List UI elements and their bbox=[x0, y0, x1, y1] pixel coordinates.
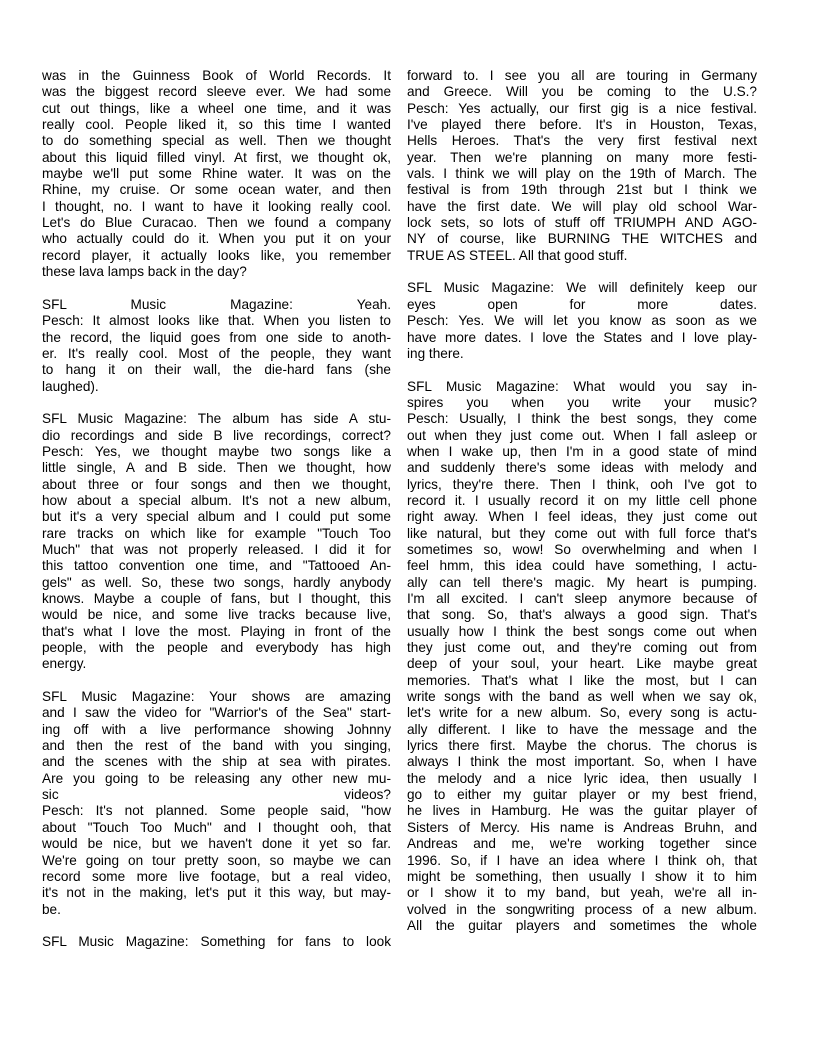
text-line: ing off with a live performance showing … bbox=[42, 722, 391, 738]
text-line: Sisters of Mercy. His name is Andreas Br… bbox=[407, 820, 757, 836]
text-line: the record, the liquid goes from one sid… bbox=[42, 330, 391, 346]
text-line: laughed). bbox=[42, 379, 391, 395]
text-line: ally can tell there's magic. My heart is… bbox=[407, 575, 757, 591]
text-line: out when they just come out. When I fall… bbox=[407, 428, 757, 444]
text-line: about "Touch Too Much" and I thought ooh… bbox=[42, 820, 391, 836]
text-line: year. Then we're planning on many more f… bbox=[407, 150, 757, 166]
text-line: record player, it actually looks like, y… bbox=[42, 248, 391, 264]
text-line: eyes open for more dates. bbox=[407, 297, 757, 313]
paragraph: was in the Guinness Book of World Record… bbox=[42, 68, 391, 280]
text-line: that's what I love the most. Playing in … bbox=[42, 624, 391, 640]
text-line: forward to. I see you all are touring in… bbox=[407, 68, 757, 84]
text-line: dio recordings and side B live recording… bbox=[42, 428, 391, 444]
text-line: to do something special as well. Then we… bbox=[42, 133, 391, 149]
text-line: energy. bbox=[42, 656, 391, 672]
text-line: little single, A and B side. Then we tho… bbox=[42, 460, 391, 476]
text-line: have more dates. I love the States and I… bbox=[407, 330, 757, 346]
text-line: I thought, no. I want to have it looking… bbox=[42, 199, 391, 215]
text-line: like natural, but they come out with ful… bbox=[407, 526, 757, 542]
text-line: it's not in the making, let's put it thi… bbox=[42, 885, 391, 901]
text-line: er. It's really cool. Most of the people… bbox=[42, 346, 391, 362]
text-line: lyrics there first. Maybe the chorus. Th… bbox=[407, 738, 757, 754]
text-line: go to either my guitar player or my best… bbox=[407, 787, 757, 803]
text-line: TRUE AS STEEL. All that good stuff. bbox=[407, 248, 757, 264]
text-line: Pesch: It's not planned. Some people sai… bbox=[42, 803, 391, 819]
text-line: knows. Maybe a couple of fans, but I tho… bbox=[42, 591, 391, 607]
paragraph: SFL Music Magazine: Something for fans t… bbox=[42, 934, 391, 950]
text-line: cut out things, like a wheel one time, a… bbox=[42, 101, 391, 117]
text-line: these lava lamps back in the day? bbox=[42, 264, 391, 280]
text-line: I've played there before. It's in Housto… bbox=[407, 117, 757, 133]
text-line: would be nice, but we haven't done it ye… bbox=[42, 836, 391, 852]
text-line: was the biggest record sleeve ever. We h… bbox=[42, 84, 391, 100]
text-line: but it's a very special album and I coul… bbox=[42, 509, 391, 525]
text-line: Let's do Blue Curacao. Then we found a c… bbox=[42, 215, 391, 231]
text-line: lyrics, they're there. Then I think, ooh… bbox=[407, 477, 757, 493]
text-line: lock sets, so lots of stuff off TRIUMPH … bbox=[407, 215, 757, 231]
text-line: SFL Music Magazine: Yeah. bbox=[42, 297, 391, 313]
text-line: Hells Heroes. That's the very first fest… bbox=[407, 133, 757, 149]
text-line: feel hmm, this idea could have something… bbox=[407, 558, 757, 574]
text-line: and the scenes with the ship at sea with… bbox=[42, 754, 391, 770]
text-line: Pesch: Yes actually, our first gig is a … bbox=[407, 101, 757, 117]
text-line: when I wake up, then I'm in a good state… bbox=[407, 444, 757, 460]
text-line: about three or four songs and then we th… bbox=[42, 477, 391, 493]
text-line: memories. That's what I like the most, b… bbox=[407, 673, 757, 689]
text-line: 1996. So, if I have an idea where I thin… bbox=[407, 853, 757, 869]
text-line: people, with the people and everybody ha… bbox=[42, 640, 391, 656]
document-page: was in the Guinness Book of World Record… bbox=[0, 0, 816, 1056]
text-line: volved in the songwriting process of a n… bbox=[407, 902, 757, 918]
paragraph: SFL Music Magazine: Your shows are amazi… bbox=[42, 689, 391, 918]
text-line: SFL Music Magazine: We will definitely k… bbox=[407, 280, 757, 296]
text-line: and then the rest of the band with you s… bbox=[42, 738, 391, 754]
text-line: Andreas and me, we're working together s… bbox=[407, 836, 757, 852]
text-line: SFL Music Magazine: Something for fans t… bbox=[42, 934, 391, 950]
text-line: be. bbox=[42, 902, 391, 918]
text-line: really cool. People liked it, so this ti… bbox=[42, 117, 391, 133]
text-line: SFL Music Magazine: The album has side A… bbox=[42, 411, 391, 427]
text-line: NY of course, like BURNING THE WITCHES a… bbox=[407, 231, 757, 247]
text-line: might be something, then usually I show … bbox=[407, 869, 757, 885]
text-line: record some more live footage, but a rea… bbox=[42, 869, 391, 885]
text-line: record it. I usually record it on my lit… bbox=[407, 493, 757, 509]
text-line: Rhine, my cruise. Or some ocean water, a… bbox=[42, 182, 391, 198]
text-line: vals. I think we will play on the 19th o… bbox=[407, 166, 757, 182]
text-line: Pesch: Usually, I think the best songs, … bbox=[407, 411, 757, 427]
text-line: ally different. I like to have the messa… bbox=[407, 722, 757, 738]
text-line: All the guitar players and sometimes the… bbox=[407, 918, 757, 934]
text-line: he lives in Hamburg. He was the guitar p… bbox=[407, 803, 757, 819]
paragraph: forward to. I see you all are touring in… bbox=[407, 68, 757, 264]
text-line: or I show it to my band, but yeah, we're… bbox=[407, 885, 757, 901]
text-line: have the first date. We will play old sc… bbox=[407, 199, 757, 215]
left-column: was in the Guinness Book of World Record… bbox=[42, 68, 391, 951]
text-line: right away. When I feel ideas, they just… bbox=[407, 509, 757, 525]
text-line: usually how I think the best songs come … bbox=[407, 624, 757, 640]
text-line: maybe we'll put some Rhine water. It was… bbox=[42, 166, 391, 182]
paragraph: SFL Music Magazine: What would you say i… bbox=[407, 379, 757, 935]
text-line: Are you going to be releasing any other … bbox=[42, 771, 391, 787]
text-line: Pesch: It almost looks like that. When y… bbox=[42, 313, 391, 329]
text-line: that song. So, that's always a good sign… bbox=[407, 607, 757, 623]
text-line: Pesch: Yes. We will let you know as soon… bbox=[407, 313, 757, 329]
text-line: sic videos? bbox=[42, 787, 391, 803]
text-line: spires you when you write your music? bbox=[407, 395, 757, 411]
text-line: how about a special album. It's not a ne… bbox=[42, 493, 391, 509]
text-line: I'm all excited. I can't sleep anymore b… bbox=[407, 591, 757, 607]
text-line: and Greece. Will you be coming to the U.… bbox=[407, 84, 757, 100]
text-line: SFL Music Magazine: What would you say i… bbox=[407, 379, 757, 395]
paragraph: SFL Music Magazine: The album has side A… bbox=[42, 411, 391, 673]
text-line: the melody and a nice lyric idea, then u… bbox=[407, 771, 757, 787]
text-line: deep of your soul, your heart. Like mayb… bbox=[407, 656, 757, 672]
text-line: this tattoo convention one time, and "Ta… bbox=[42, 558, 391, 574]
text-line: always I think the most important. So, w… bbox=[407, 754, 757, 770]
text-line: festival is from 19th through 21st but I… bbox=[407, 182, 757, 198]
text-line: to hang it on their wall, the die-hard f… bbox=[42, 362, 391, 378]
paragraph: SFL Music Magazine: We will definitely k… bbox=[407, 280, 757, 362]
text-line: let's write for a new album. So, every s… bbox=[407, 705, 757, 721]
text-line: they just come out, and they're coming o… bbox=[407, 640, 757, 656]
text-line: We're going on tour pretty soon, so mayb… bbox=[42, 853, 391, 869]
text-line: who actually could do it. When you put i… bbox=[42, 231, 391, 247]
text-line: ing there. bbox=[407, 346, 757, 362]
text-line: sometimes so, wow! So overwhelming and w… bbox=[407, 542, 757, 558]
right-column: forward to. I see you all are touring in… bbox=[407, 68, 757, 934]
text-line: would be nice, and some live tracks beca… bbox=[42, 607, 391, 623]
text-line: and suddenly there's some ideas with mel… bbox=[407, 460, 757, 476]
text-line: was in the Guinness Book of World Record… bbox=[42, 68, 391, 84]
text-line: Pesch: Yes, we thought maybe two songs l… bbox=[42, 444, 391, 460]
text-line: and I saw the video for "Warrior's of th… bbox=[42, 705, 391, 721]
text-line: SFL Music Magazine: Your shows are amazi… bbox=[42, 689, 391, 705]
text-line: gels" as well. So, these two songs, hard… bbox=[42, 575, 391, 591]
paragraph: SFL Music Magazine: Yeah.Pesch: It almos… bbox=[42, 297, 391, 395]
text-line: Much" that was not properly released. I … bbox=[42, 542, 391, 558]
text-line: write songs with the band as well when w… bbox=[407, 689, 757, 705]
text-line: rare tracks on which like for example "T… bbox=[42, 526, 391, 542]
text-line: about this liquid filled vinyl. At first… bbox=[42, 150, 391, 166]
